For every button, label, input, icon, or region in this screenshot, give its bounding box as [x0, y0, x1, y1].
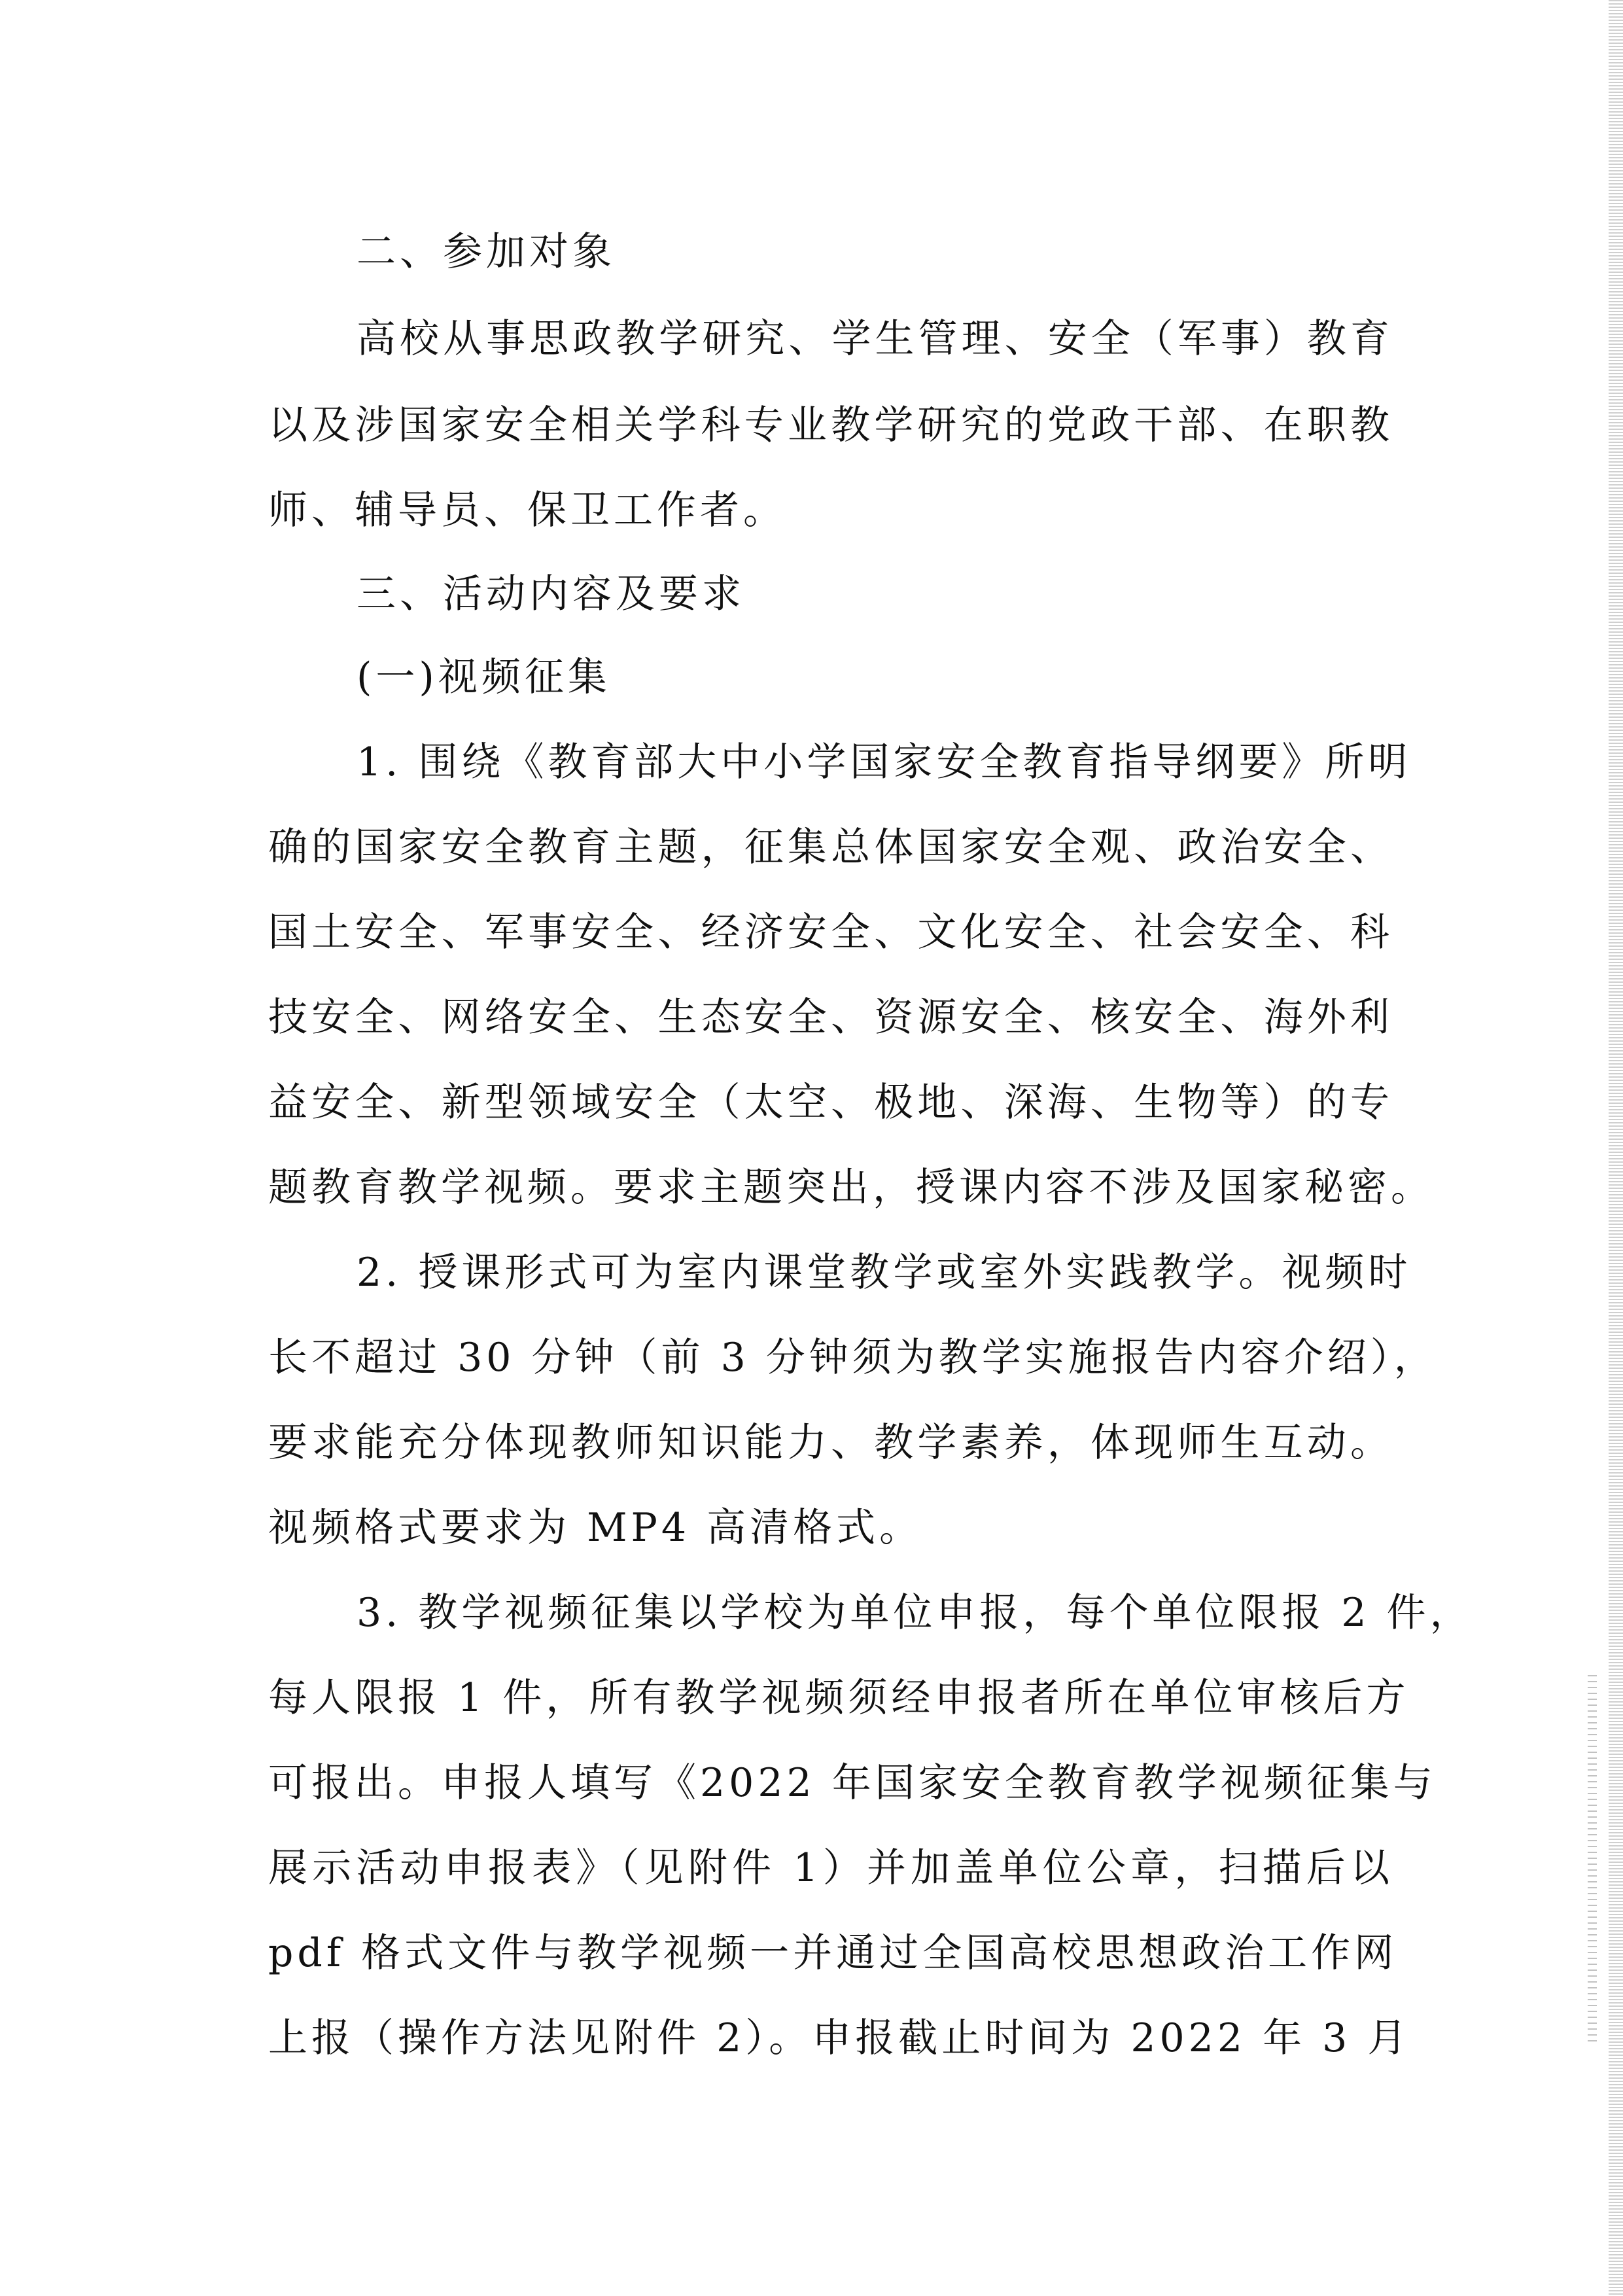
paragraph-line: 1. 围绕《教育部大中小学国家安全教育指导纲要》所明 [357, 736, 1393, 788]
paragraph-line: 要求能充分体现教师知识能力、教学素养，体现师生互动。 [268, 1417, 1393, 1469]
paragraph-line: 2. 授课形式可为室内课堂教学或室外实践教学。视频时 [357, 1246, 1393, 1299]
scan-edge-artifact [1588, 1675, 1597, 2041]
paragraph-line: 题教育教学视频。要求主题突出，授课内容不涉及国家秘密。 [268, 1161, 1393, 1214]
paragraph-line: 视频格式要求为 MP4 高清格式。 [268, 1502, 1393, 1554]
paragraph-line: 高校从事思政教学研究、学生管理、安全（军事）教育 [357, 313, 1393, 365]
paragraph-line: 可报出。申报人填写《2022 年国家安全教育教学视频征集与 [268, 1757, 1393, 1809]
section-heading-participants: 二、参加对象 [357, 226, 1393, 278]
paragraph-line: 每人限报 1 件，所有教学视频须经申报者所在单位审核后方 [268, 1672, 1393, 1724]
paragraph-line: pdf 格式文件与教学视频一并通过全国高校思想政治工作网 [268, 1927, 1393, 1979]
paragraph-line: 上报（操作方法见附件 2）。申报截止时间为 2022 年 3 月 [268, 2012, 1393, 2064]
paragraph-line: 长不超过 30 分钟（前 3 分钟须为教学实施报告内容介绍）， [268, 1332, 1393, 1384]
paragraph-line: 以及涉国家安全相关学科专业教学研究的党政干部、在职教 [268, 399, 1393, 451]
paragraph-line: 确的国家安全教育主题，征集总体国家安全观、政治安全、 [268, 821, 1393, 874]
paragraph-line: 3. 教学视频征集以学校为单位申报，每个单位限报 2 件， [357, 1587, 1393, 1639]
paragraph-line: 国土安全、军事安全、经济安全、文化安全、社会安全、科 [268, 906, 1393, 959]
paragraph-line: 师、辅导员、保卫工作者。 [268, 484, 1393, 537]
paragraph-line: 展示活动申报表》（见附件 1）并加盖单位公章，扫描后以 [268, 1842, 1393, 1894]
paragraph-line: 技安全、网络安全、生态安全、资源安全、核安全、海外利 [268, 991, 1393, 1044]
document-page: 二、参加对象 高校从事思政教学研究、学生管理、安全（军事）教育 以及涉国家安全相… [0, 0, 1623, 2296]
section-heading-content: 三、活动内容及要求 [357, 568, 1393, 620]
subsection-heading-video: (一)视频征集 [357, 651, 1393, 703]
scan-edge-artifact [1609, 0, 1623, 2296]
paragraph-line: 益安全、新型领域安全（太空、极地、深海、生物等）的专 [268, 1076, 1393, 1129]
